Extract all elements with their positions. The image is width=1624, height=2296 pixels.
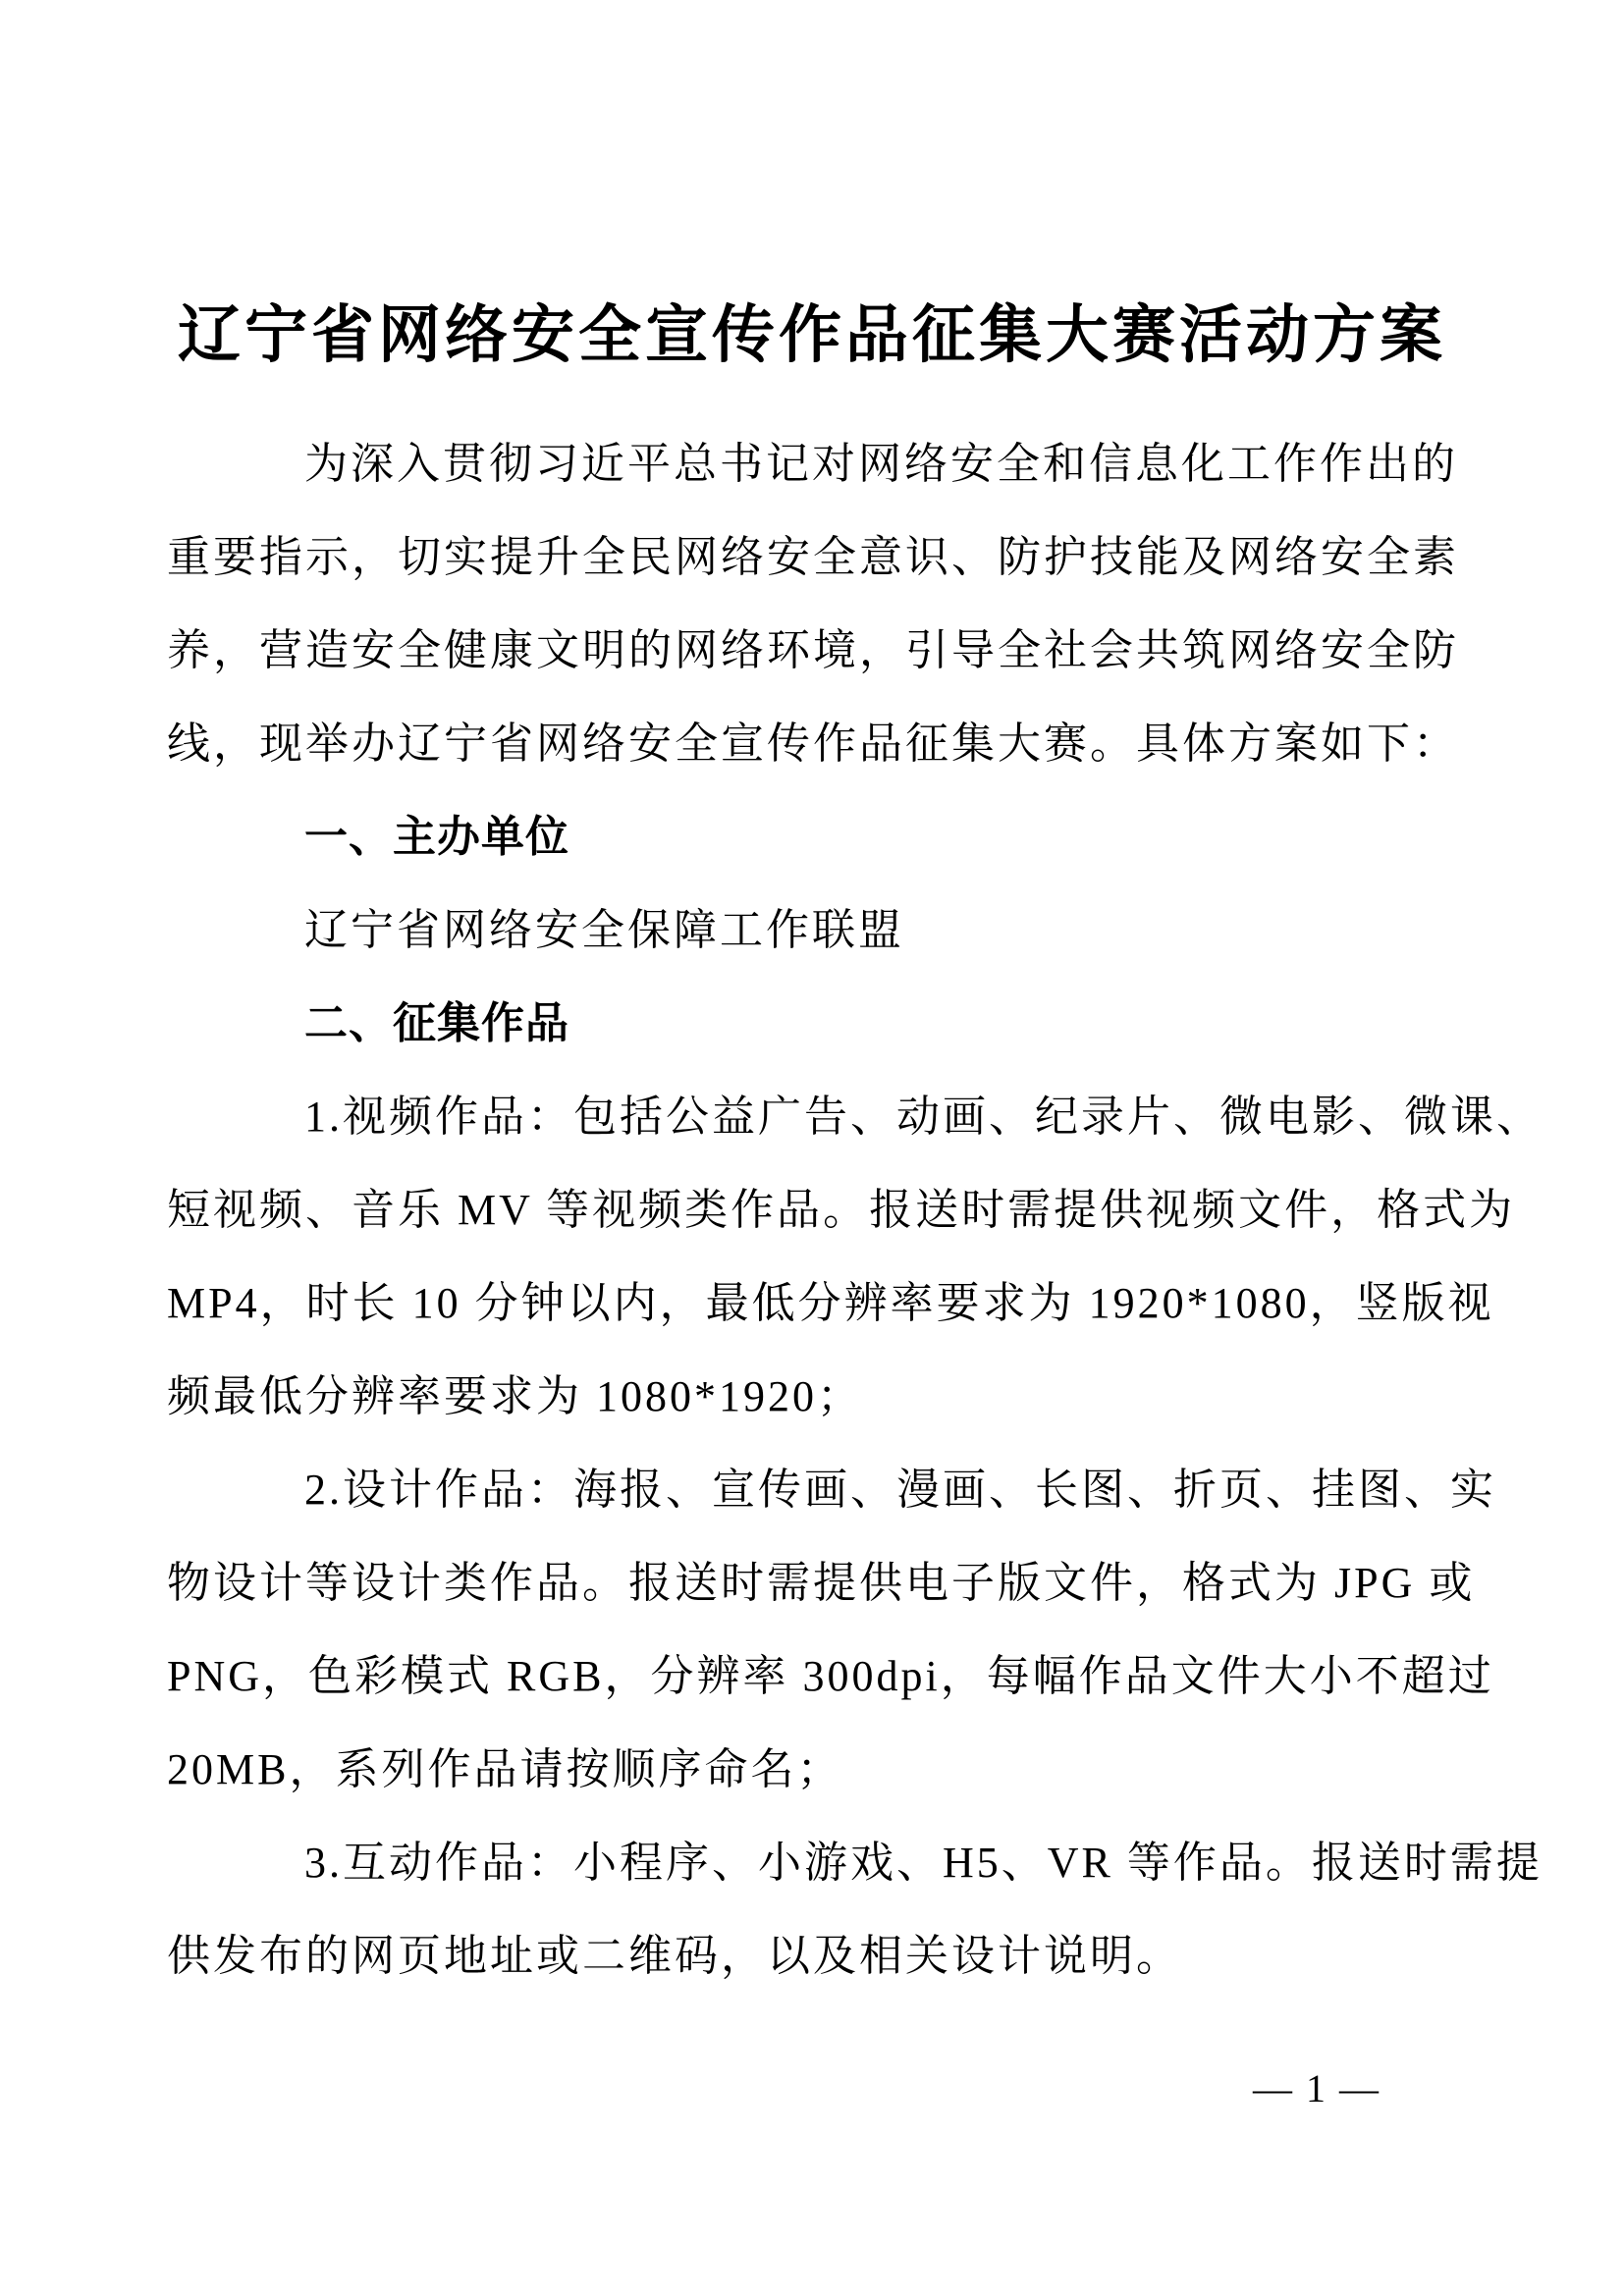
text-line: 1.视频作品：包括公益广告、动画、纪录片、微电影、微课、 <box>167 1070 1465 1163</box>
text-line: PNG，色彩模式 RGB，分辨率 300dpi，每幅作品文件大小不超过 <box>167 1629 1465 1723</box>
text-line: 物设计等设计类作品。报送时需提供电子版文件，格式为 JPG 或 <box>167 1536 1465 1629</box>
section-heading-2: 二、征集作品 <box>167 977 1465 1070</box>
text-line: 供发布的网页地址或二维码，以及相关设计说明。 <box>167 1909 1465 2002</box>
section-heading-1: 一、主办单位 <box>167 790 1465 883</box>
text-line: 养，营造安全健康文明的网络环境，引导全社会共筑网络安全防 <box>167 604 1465 697</box>
text-line: MP4，时长 10 分钟以内，最低分辨率要求为 1920*1080，竖版视 <box>167 1256 1465 1350</box>
document-title: 辽宁省网络安全宣传作品征集大赛活动方案 <box>98 287 1526 385</box>
text-line: 频最低分辨率要求为 1080*1920； <box>167 1350 1465 1443</box>
text-line: 2.设计作品：海报、宣传画、漫画、长图、折页、挂图、实 <box>167 1443 1465 1536</box>
document-page: 辽宁省网络安全宣传作品征集大赛活动方案 为深入贯彻习近平总书记对网络安全和信息化… <box>0 0 1624 2296</box>
text-line: 3.互动作品：小程序、小游戏、H5、VR 等作品。报送时需提 <box>167 1816 1465 1909</box>
text-line: 线，现举办辽宁省网络安全宣传作品征集大赛。具体方案如下： <box>167 697 1465 790</box>
page-number: — 1 — <box>1253 2059 1380 2118</box>
text-line: 为深入贯彻习近平总书记对网络安全和信息化工作作出的 <box>167 417 1465 510</box>
text-line: 短视频、音乐 MV 等视频类作品。报送时需提供视频文件，格式为 <box>167 1163 1465 1256</box>
text-line: 辽宁省网络安全保障工作联盟 <box>167 883 1465 977</box>
text-line: 重要指示，切实提升全民网络安全意识、防护技能及网络安全素 <box>167 510 1465 604</box>
document-body: 为深入贯彻习近平总书记对网络安全和信息化工作作出的 重要指示，切实提升全民网络安… <box>167 417 1465 2002</box>
text-line: 20MB，系列作品请按顺序命名； <box>167 1723 1465 1816</box>
